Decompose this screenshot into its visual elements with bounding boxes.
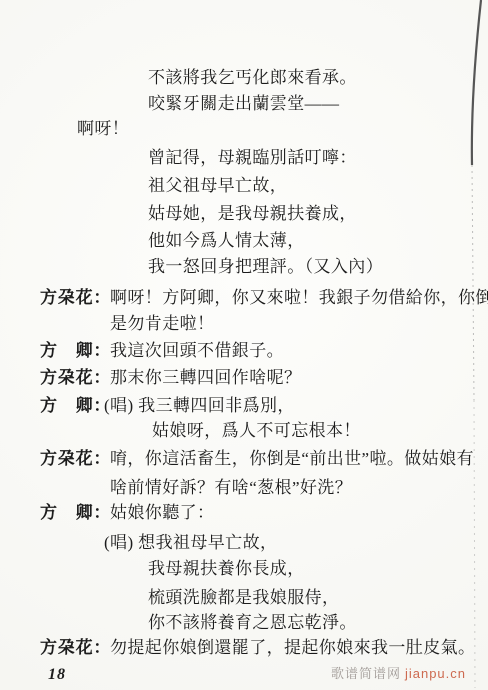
script-line: 不該將我乞丐化郎來看承。: [148, 67, 357, 88]
script-line: 姑娘呀，爲人不可忘根本！: [152, 420, 361, 441]
script-line: 咬緊牙關走出蘭雲堂——: [148, 93, 339, 114]
script-line: 姑娘你聽了：: [110, 502, 214, 523]
watermark-site-url: jianpu.cn: [405, 666, 466, 681]
speaker-label: 方朶花：: [40, 448, 111, 469]
script-line: 是勿肯走啦！: [110, 313, 214, 334]
script-line: 你不該將養育之恩忘乾淨。: [148, 612, 357, 633]
script-line: 曾記得，母親臨別話叮嚀：: [148, 147, 357, 168]
speaker-label: 方朶花：: [40, 287, 111, 308]
speaker-label: 方 卿：: [40, 340, 111, 361]
script-line: 那末你三轉四回作啥呢？: [110, 367, 301, 388]
script-line: 祖父祖母早亡故，: [148, 175, 287, 196]
script-line: 他如今爲人情太薄，: [148, 230, 305, 251]
script-line: 啊呀！方阿卿，你又來啦！我銀子勿借給你，你倒: [110, 287, 488, 308]
script-line: 唷，你這活畜生，你倒是“前出世”啦。做姑娘有: [110, 448, 474, 469]
page-number: 18: [48, 666, 66, 684]
script-line: 我母親扶養你長成，: [148, 558, 305, 579]
speaker-label: 方 卿：: [40, 502, 111, 523]
script-line: 我這次回頭不借銀子。: [110, 340, 284, 361]
script-page: 不該將我乞丐化郎來看承。咬緊牙關走出蘭雲堂——啊呀！曾記得，母親臨別話叮嚀：祖父…: [0, 0, 488, 690]
text-layer: 不該將我乞丐化郎來看承。咬緊牙關走出蘭雲堂——啊呀！曾記得，母親臨別話叮嚀：祖父…: [0, 0, 488, 690]
watermark-site-name: 歌谱简谱网: [331, 666, 401, 681]
script-line: 啥前情好訴？有啥“葱根”好洗？: [110, 477, 352, 498]
script-line: 梳頭洗臉都是我娘服侍，: [148, 587, 339, 608]
script-line: (唱) 我三轉四回非爲別，: [104, 395, 295, 416]
script-line: 我一怒回身把理評。（又入內）: [148, 256, 383, 277]
speaker-label: 方 卿：: [40, 395, 111, 416]
script-line: 姑母她，是我母親扶養成，: [148, 203, 357, 224]
speaker-label: 方朶花：: [40, 637, 111, 658]
script-line: 啊呀！: [77, 118, 129, 139]
script-line: (唱) 想我祖母早亡故，: [104, 532, 277, 553]
watermark: 歌谱简谱网jianpu.cn: [331, 663, 466, 682]
speaker-label: 方朶花：: [40, 367, 111, 388]
script-line: 勿提起你娘倒還罷了，提起你娘來我一肚皮氣。: [110, 637, 475, 658]
